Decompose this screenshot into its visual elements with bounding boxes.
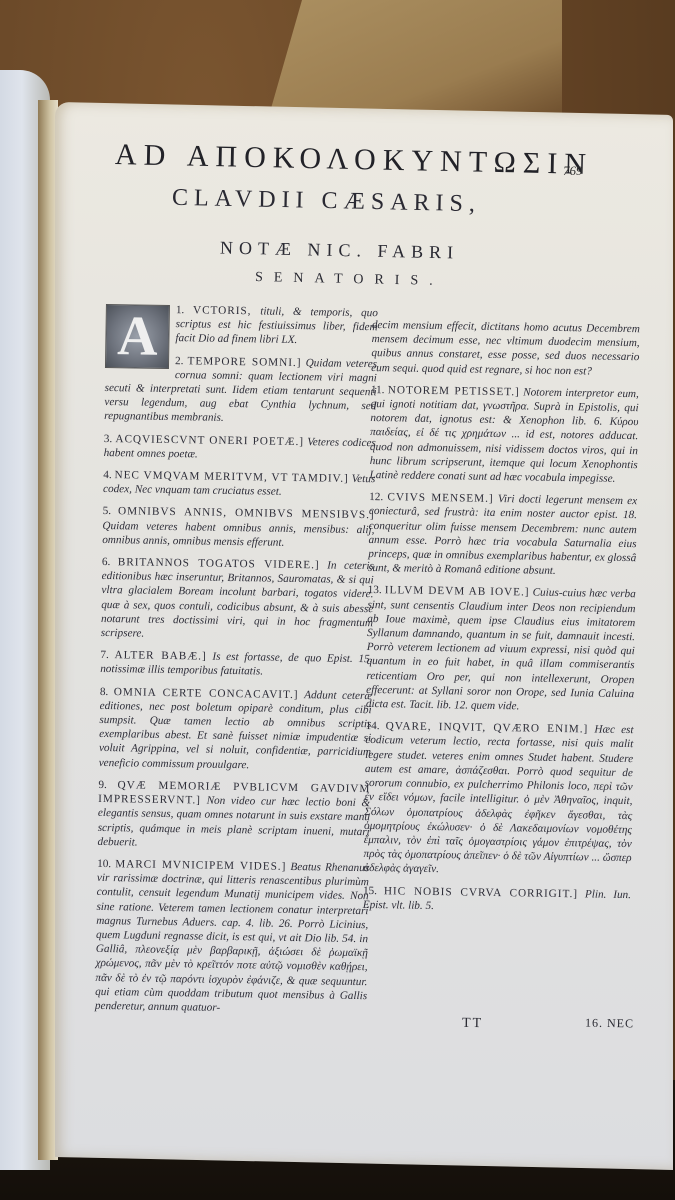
note-lemma: NEC VMQVAM MERITVM, VT TAMDIV.] [114,469,348,485]
note-lemma: OMNIBVS ANNIS, OMNIBVS MENSIBVS.] [118,506,375,522]
page-subtitle: CLAVDII CÆSARIS, [172,185,481,218]
note-number: 8. [100,686,109,698]
note-11: 11. NOTOREM PETISSET.] Notorem interpret… [369,383,639,487]
note-3: 3. ACQVIESCVNT ONERI POETÆ.] Veteres cod… [104,432,376,465]
page-title: AD ΑΠΟΚΟΛΟΚΥΝΤΩΣΙΝ [115,138,594,182]
note-15: 15. HIC NOBIS CVRVA CORRIGIT.] Plin. Iun… [363,883,631,916]
note-lemma: HIC NOBIS CVRVA CORRIGIT.] [384,885,578,900]
note-13: 13. ILLVM DEVM AB IOVE.] Cuius-cuius hæc… [366,583,636,715]
note-lemma: OMNIA CERTE CONCACAVIT.] [114,686,299,701]
note-lemma: NOTOREM PETISSET.] [388,384,520,398]
note-number: 4. [103,469,112,481]
note-body: decim mensium effecit, dictitans homo ac… [371,319,640,377]
note-body: Hæc est codicum veterum lectio, recta fo… [363,724,633,876]
note-body: Addunt ceteræ editiones, nec post boletu… [99,689,372,771]
right-column: decim mensium effecit, dictitans homo ac… [363,318,640,924]
note-lemma: VCTORIS, [193,304,252,317]
note-7: 7. ALTER BABÆ.] Is est fortasse, de quo … [100,648,372,681]
note-8: 8. OMNIA CERTE CONCACAVIT.] Addunt ceter… [99,685,372,774]
left-column: 1. A VCTORIS, tituli, & temporis, quo sc… [95,302,378,1025]
note-lemma: ACQVIESCVNT ONERI POETÆ.] [115,433,304,448]
note-9: 9. QVÆ MEMORIÆ PVBLICVM GAVDIVM IMPRESSE… [97,778,370,853]
note-number: 12. [369,491,383,503]
note-number: 3. [104,433,113,445]
page-content: AD ΑΠΟΚΟΛΟΚΥΝΤΩΣΙΝ 769 CLAVDII CÆSARIS, … [0,0,675,1200]
note-lemma: MARCI MVNICIPEM VIDES.] [115,858,286,873]
note-number: 1. [176,304,185,316]
note-number: 7. [100,649,109,661]
page-subtitle-rank: SENATORIS. [255,270,444,290]
note-lemma: TEMPORE SOMNI.] [188,355,302,369]
note-number: 15. [363,884,377,896]
note-body: Cuius-cuius hæc verba sint, sunt censent… [366,587,636,712]
note-lemma: QVARE, INQVIT, QVÆRO ENIM.] [386,721,589,736]
note-body: Quidam veteres habent omnibus annis, men… [102,520,374,549]
note-body: Viri docti legerunt mensem ex coniecturâ… [368,493,637,577]
note-number: 13. [368,584,382,596]
catchword: 16. NEC [585,1016,634,1032]
note-body: In ceteris editionibus hæc inseruntur, B… [101,560,374,640]
note-number: 14. [365,720,379,732]
note-12: 12. CVIVS MENSEM.] Viri docti legerunt m… [368,490,637,579]
note-10-continued: decim mensium effecit, dictitans homo ac… [371,318,640,379]
note-body: Beatus Rhenanus vir rarissimæ doctrinæ, … [95,861,369,1014]
note-lemma: ILLVM DEVM AB IOVE.] [385,585,530,599]
note-10: 10. MARCI MVNICIPEM VIDES.] Beatus Rhena… [95,857,369,1017]
signature-mark: TT [462,1016,483,1032]
note-number: 11. [371,384,385,396]
note-5: 5. OMNIBVS ANNIS, OMNIBVS MENSIBVS.] Qui… [102,504,375,551]
note-body: Notorem interpretor eum, qui ignoti noti… [369,386,638,485]
note-number: 9. [98,779,107,791]
note-lemma: CVIVS MENSEM.] [387,491,493,505]
note-6: 6. BRITANNOS TOGATOS VIDERE.] In ceteris… [101,555,374,644]
note-number: 5. [103,505,112,517]
page-subtitle-author: NOTÆ NIC. FABRI [220,237,460,263]
page-number: 769 [563,163,583,179]
note-number: 10. [97,858,111,870]
decorated-initial: A [105,304,170,369]
note-1: 1. A VCTORIS, tituli, & temporis, quo sc… [105,302,378,349]
note-number: 2. [175,355,184,367]
note-lemma: ALTER BABÆ.] [114,649,206,662]
note-number: 6. [102,556,111,568]
note-lemma: BRITANNOS TOGATOS VIDERE.] [118,556,320,571]
note-4: 4. NEC VMQVAM MERITVM, VT TAMDIV.] Vetus… [103,468,375,501]
note-14: 14. QVARE, INQVIT, QVÆRO ENIM.] Hæc est … [363,719,633,879]
